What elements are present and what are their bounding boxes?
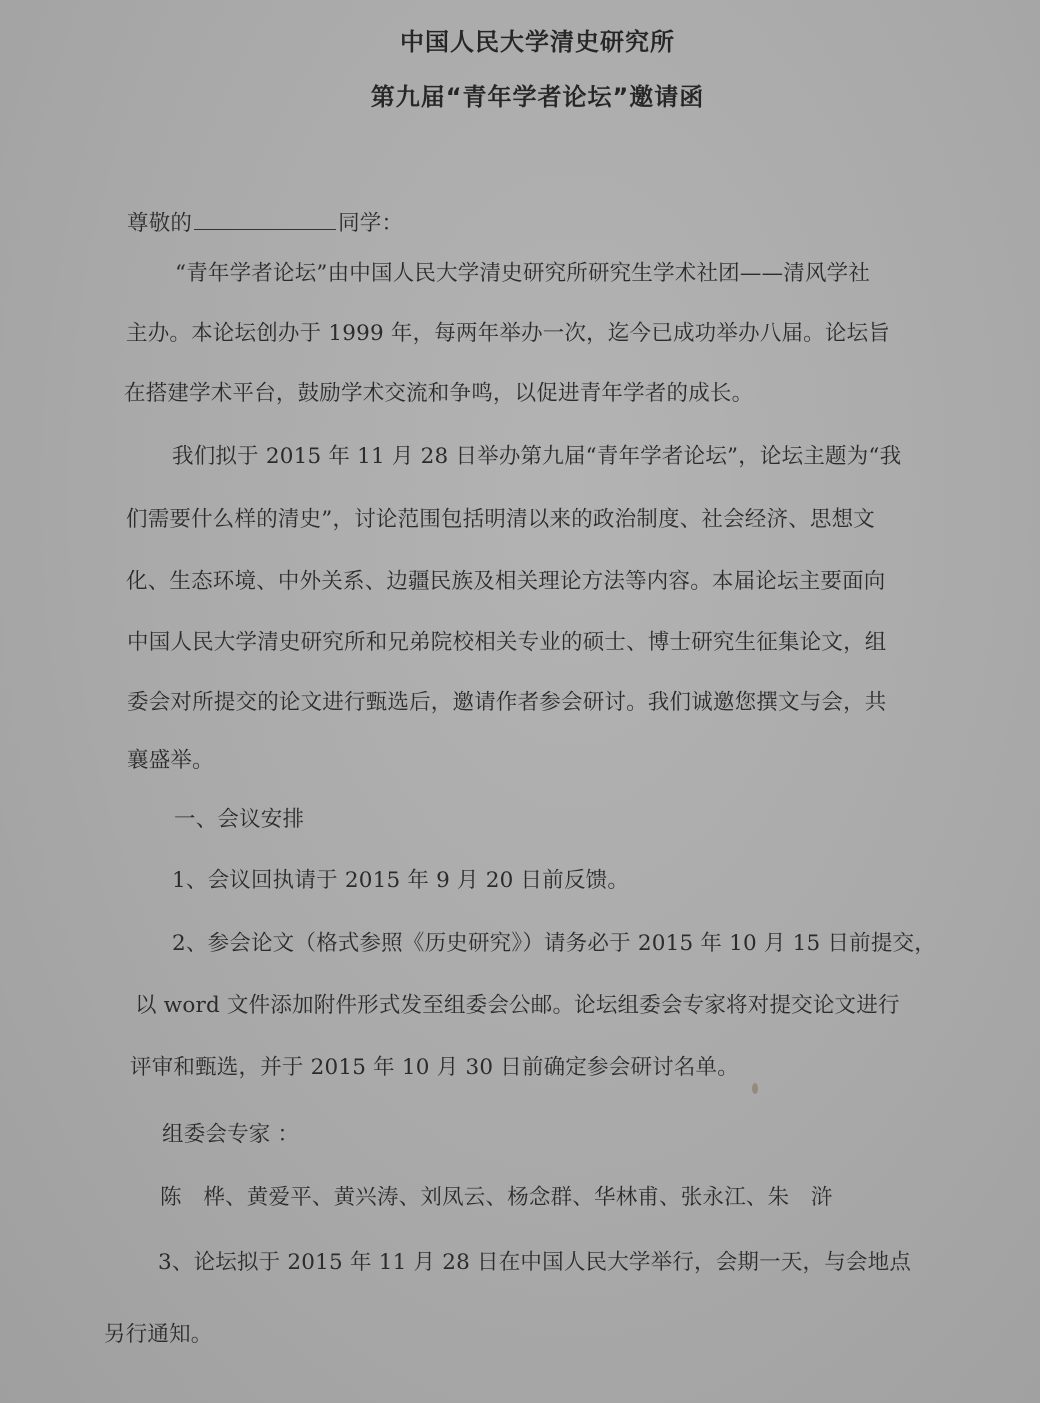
- paragraph2-line3: 化、生态环境、中外关系、边疆民族及相关理论方法等内容。本届论坛主要面向: [126, 564, 886, 595]
- salutation-prefix: 尊敬的: [127, 211, 192, 236]
- paragraph2-line4: 中国人民大学清史研究所和兄弟院校相关专业的硕士、博士研究生征集论文，组: [127, 625, 887, 656]
- paragraph1-line1: “青年学者论坛”由中国人民大学清史研究所研究生学术社团——清风学社: [175, 256, 870, 287]
- recipient-name-blank: [194, 211, 336, 230]
- paragraph2-line2: 们需要什么样的清史”，讨论范围包括明清以来的政治制度、社会经济、思想文: [126, 502, 875, 533]
- paragraph1-line3: 在搭建学术平台，鼓励学术交流和争鸣，以促进青年学者的成长。: [124, 376, 753, 407]
- paragraph2-line5: 委会对所提交的论文进行甄选后，邀请作者参会研讨。我们诚邀您撰文与会，共: [127, 685, 887, 716]
- institution-title: 中国人民大学清史研究所: [0, 22, 1040, 57]
- paragraph2-line1: 我们拟于 2015 年 11 月 28 日举办第九届“青年学者论坛”，论坛主题为…: [172, 439, 901, 470]
- paragraph1-line2: 主办。本论坛创办于 1999 年，每两年举办一次，迄今已成功举办八届。论坛旨: [126, 316, 890, 347]
- item2-line3: 评审和甄选，并于 2015 年 10 月 30 日前确定参会研讨名单。: [130, 1050, 739, 1081]
- letter-title: 第九届“青年学者论坛”邀请函: [0, 77, 1040, 112]
- paragraph2-line6: 襄盛举。: [127, 743, 214, 774]
- committee-members: 陈 桦、黄爱平、黄兴涛、刘凤云、杨念群、华林甫、张永江、朱 浒: [160, 1180, 833, 1211]
- salutation-suffix: 同学：: [338, 211, 403, 236]
- item2-line2: 以 word 文件添加附件形式发至组委会公邮。论坛组委会专家将对提交论文进行: [135, 988, 900, 1019]
- invitation-letter: 中国人民大学清史研究所 第九届“青年学者论坛”邀请函 尊敬的同学： “青年学者论…: [0, 0, 1040, 1403]
- paper-stain: [752, 1083, 758, 1094]
- section-heading-meeting-arrangement: 一、会议安排: [174, 802, 304, 833]
- item1-reply-deadline: 1、会议回执请于 2015 年 9 月 20 日前反馈。: [172, 863, 629, 894]
- item3-line1: 3、论坛拟于 2015 年 11 月 28 日在中国人民大学举行，会期一天，与会…: [158, 1245, 911, 1276]
- salutation: 尊敬的同学：: [127, 206, 403, 237]
- item3-line2: 另行通知。: [104, 1317, 213, 1348]
- committee-label: 组委会专家 ：: [162, 1117, 299, 1148]
- item2-line1: 2、参会论文（格式参照《历史研究》）请务必于 2015 年 10 月 15 日前…: [172, 926, 936, 957]
